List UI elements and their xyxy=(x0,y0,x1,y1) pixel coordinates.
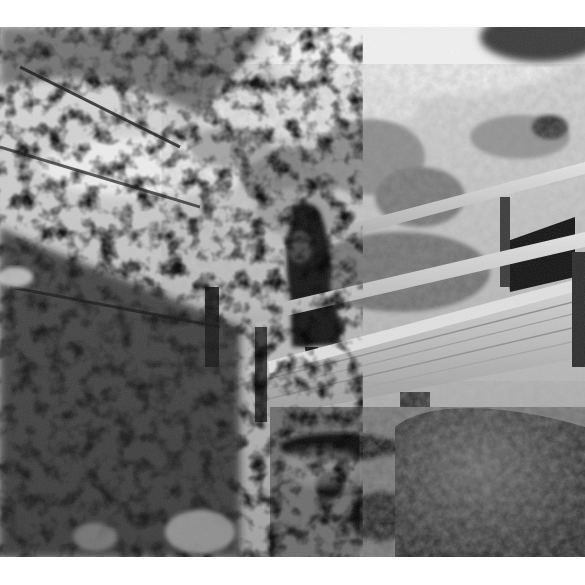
photo-scene xyxy=(0,27,585,557)
photograph xyxy=(0,27,585,557)
film-grain xyxy=(0,27,585,557)
image-description: A person in dark clothing standing on a … xyxy=(0,0,1,1)
